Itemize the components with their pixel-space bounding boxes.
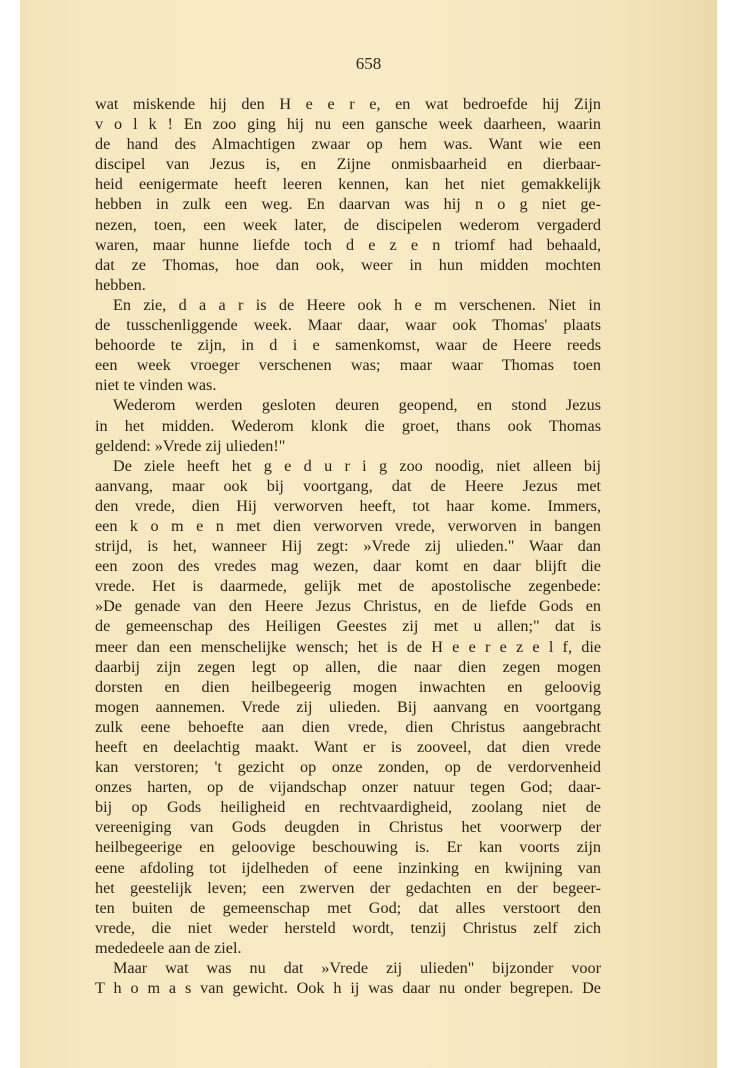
text-line: heilbegeerige en geloovige beschouwing i… bbox=[95, 837, 601, 857]
text-line: het geestelijk leven; een zwerven der ge… bbox=[95, 878, 601, 898]
text-line: En zie, d a a r is de Heere ook h e m ve… bbox=[95, 295, 601, 315]
text-line: geldend: »Vrede zij ulieden!" bbox=[95, 436, 601, 456]
text-line: heeft en deelachtig maakt. Want er is zo… bbox=[95, 737, 601, 757]
text-line: mededeele aan de ziel. bbox=[95, 938, 601, 958]
text-line: daarbij zijn zegen legt op allen, die na… bbox=[95, 657, 601, 677]
text-line: eene afdoling tot ijdelheden of eene inz… bbox=[95, 858, 601, 878]
text-line: de gemeenschap des Heiligen Geestes zij … bbox=[95, 616, 601, 636]
body-text: wat miskende hij den H e e r e, en wat b… bbox=[95, 94, 601, 998]
text-line: de tusschenliggende week. Maar daar, waa… bbox=[95, 315, 601, 335]
text-line: De ziele heeft het g e d u r i g zoo noo… bbox=[95, 456, 601, 476]
text-line: hebben in zulk een weg. En daarvan was h… bbox=[95, 194, 601, 214]
text-line: vrede, die niet weder hersteld wordt, te… bbox=[95, 918, 601, 938]
text-line: »De genade van den Heere Jezus Christus,… bbox=[95, 596, 601, 616]
text-line: nezen, toen, een week later, de discipel… bbox=[95, 215, 601, 235]
text-line: Maar wat was nu dat »Vrede zij ulieden" … bbox=[95, 958, 601, 978]
text-line: den vrede, dien Hij verworven heeft, tot… bbox=[95, 496, 601, 516]
book-page: 658 wat miskende hij den H e e r e, en w… bbox=[20, 0, 717, 1068]
text-line: bij op Gods heiligheid en rechtvaardighe… bbox=[95, 797, 601, 817]
text-line: ten buiten de gemeenschap met God; dat a… bbox=[95, 898, 601, 918]
text-line: dat ze Thomas, hoe dan ook, weer in hun … bbox=[95, 255, 601, 275]
text-line: behoorde te zijn, in d i e samenkomst, w… bbox=[95, 335, 601, 355]
text-line: zulk eene behoefte aan dien vrede, dien … bbox=[95, 717, 601, 737]
text-line: wat miskende hij den H e e r e, en wat b… bbox=[95, 94, 601, 114]
text-line: strijd, is het, wanneer Hij zegt: »Vrede… bbox=[95, 536, 601, 556]
page-number: 658 bbox=[20, 54, 717, 74]
text-line: discipel van Jezus is, en Zijne onmisbaa… bbox=[95, 154, 601, 174]
text-line: onzes harten, op de vijandschap onzer na… bbox=[95, 777, 601, 797]
text-line: mogen aannemen. Vrede zij ulieden. Bij a… bbox=[95, 697, 601, 717]
text-line: hebben. bbox=[95, 275, 601, 295]
text-line: heid eenigermate heeft leeren kennen, ka… bbox=[95, 174, 601, 194]
text-line: vrede. Het is daarmede, gelijk met de ap… bbox=[95, 576, 601, 596]
text-line: dorsten en dien heilbegeerig mogen inwac… bbox=[95, 677, 601, 697]
text-line: een k o m e n met dien verworven vrede, … bbox=[95, 516, 601, 536]
text-line: in het midden. Wederom klonk die groet, … bbox=[95, 416, 601, 436]
text-line: meer dan een menschelijke wensch; het is… bbox=[95, 637, 601, 657]
text-line: Wederom werden gesloten deuren geopend, … bbox=[95, 395, 601, 415]
text-line: vereeniging van Gods deugden in Christus… bbox=[95, 817, 601, 837]
text-line: niet te vinden was. bbox=[95, 375, 601, 395]
text-line: waren, maar hunne liefde toch d e z e n … bbox=[95, 235, 601, 255]
text-line: een week vroeger verschenen was; maar wa… bbox=[95, 355, 601, 375]
text-line: aanvang, maar ook bij voortgang, dat de … bbox=[95, 476, 601, 496]
text-line: de hand des Almachtigen zwaar op hem was… bbox=[95, 134, 601, 154]
text-line: kan verstoren; 't gezicht op onze zonden… bbox=[95, 757, 601, 777]
text-line: een zoon des vredes mag wezen, daar komt… bbox=[95, 556, 601, 576]
text-line: v o l k ! En zoo ging hij nu een gansche… bbox=[95, 114, 601, 134]
text-line: T h o m a s van gewicht. Ook h ij was da… bbox=[95, 978, 601, 998]
